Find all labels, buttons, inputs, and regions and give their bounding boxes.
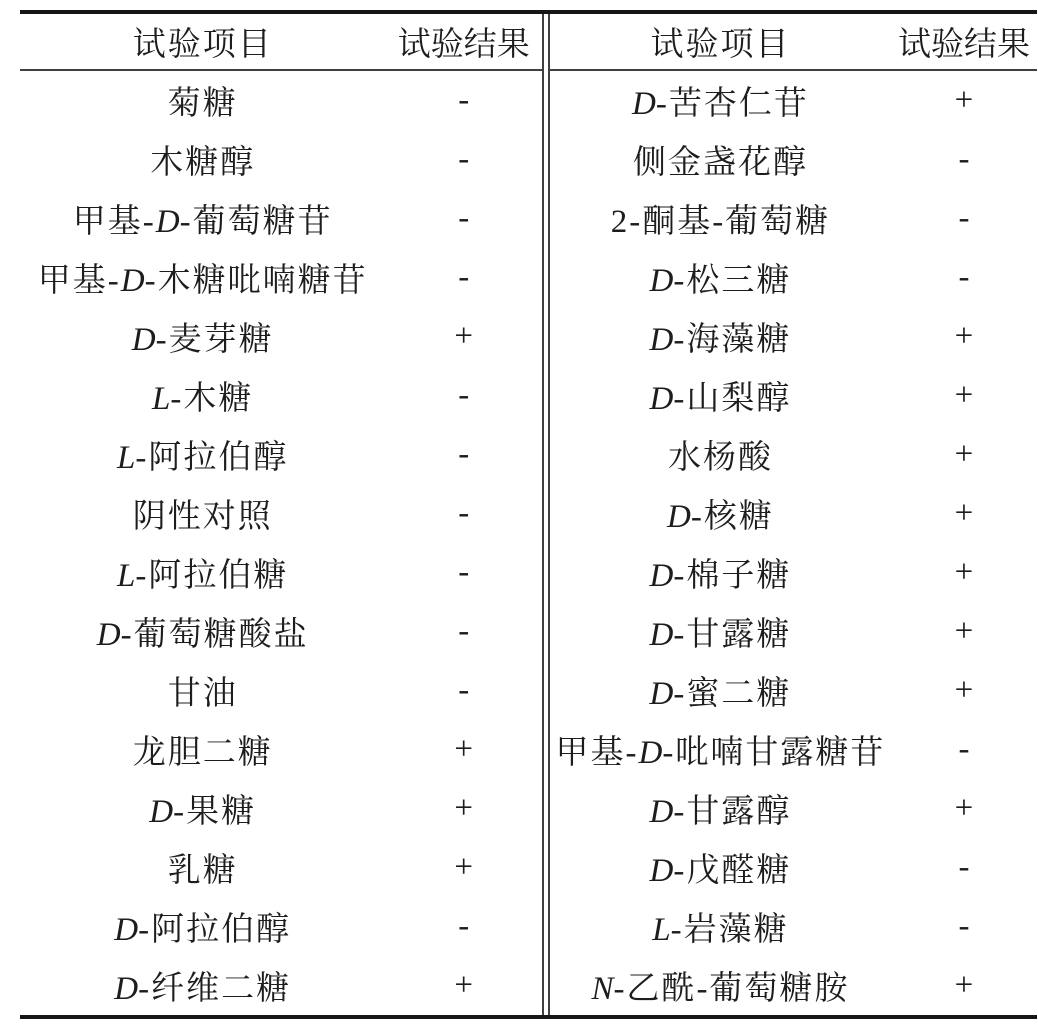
biochemical-test-table: 试验项目 试验结果 菊糖-木糖醇-甲基-D-葡萄糖苷-甲基-D-木糖吡喃糖苷-D… bbox=[20, 10, 1037, 1019]
test-result-cell: - bbox=[891, 259, 1037, 296]
test-item-cell: D-苦杏仁苷 bbox=[550, 77, 891, 124]
test-result-cell: + bbox=[385, 790, 542, 827]
italic-isomer-prefix: D bbox=[156, 204, 180, 240]
italic-isomer-prefix: D bbox=[132, 322, 156, 358]
table-row: 阴性对照- bbox=[20, 484, 542, 543]
italic-isomer-prefix: D bbox=[650, 676, 674, 712]
test-item-cell: 甲基-D-葡萄糖苷 bbox=[20, 195, 385, 242]
test-result-cell: + bbox=[891, 82, 1037, 119]
test-result-cell: + bbox=[891, 436, 1037, 473]
test-item-cell: D-阿拉伯醇 bbox=[20, 903, 385, 950]
item-text: -果糖 bbox=[173, 794, 256, 830]
item-text: -麦芽糖 bbox=[156, 322, 274, 358]
table-row: 龙胆二糖+ bbox=[20, 720, 542, 779]
test-result-cell: - bbox=[891, 200, 1037, 237]
item-text: -山梨醇 bbox=[673, 381, 791, 417]
italic-isomer-prefix: D bbox=[97, 617, 121, 653]
left-table: 试验项目 试验结果 菊糖-木糖醇-甲基-D-葡萄糖苷-甲基-D-木糖吡喃糖苷-D… bbox=[20, 14, 542, 1015]
table-row: 甲基-D-葡萄糖苷- bbox=[20, 189, 542, 248]
item-text: 木糖醇 bbox=[150, 145, 255, 181]
italic-isomer-prefix: D bbox=[650, 558, 674, 594]
item-text: -葡萄糖苷 bbox=[180, 204, 333, 240]
item-text: 2-酮基-葡萄糖 bbox=[611, 204, 830, 240]
italic-isomer-prefix: D bbox=[650, 794, 674, 830]
table-row: 乳糖+ bbox=[20, 838, 542, 897]
table-row: 甲基-D-木糖吡喃糖苷- bbox=[20, 248, 542, 307]
test-result-cell: - bbox=[385, 436, 542, 473]
table-row: 甲基-D-吡喃甘露糖苷- bbox=[550, 720, 1037, 779]
table-row: D-纤维二糖+ bbox=[20, 956, 542, 1015]
test-item-cell: L-阿拉伯醇 bbox=[20, 431, 385, 478]
italic-isomer-prefix: D bbox=[650, 263, 674, 299]
table-row: L-阿拉伯糖- bbox=[20, 543, 542, 602]
test-result-cell: - bbox=[891, 849, 1037, 886]
test-result-cell: - bbox=[891, 731, 1037, 768]
table-row: D-葡萄糖酸盐- bbox=[20, 602, 542, 661]
table-row: 2-酮基-葡萄糖- bbox=[550, 189, 1037, 248]
test-item-cell: D-海藻糖 bbox=[550, 313, 891, 360]
test-item-cell: D-核糖 bbox=[550, 490, 891, 537]
item-text: -阿拉伯醇 bbox=[135, 440, 288, 476]
right-table: 试验项目 试验结果 D-苦杏仁苷+侧金盏花醇-2-酮基-葡萄糖-D-松三糖-D-… bbox=[550, 14, 1037, 1015]
test-result-cell: + bbox=[891, 318, 1037, 355]
test-item-cell: 木糖醇 bbox=[20, 136, 385, 183]
test-result-cell: + bbox=[891, 672, 1037, 709]
table-row: D-果糖+ bbox=[20, 779, 542, 838]
table-row: D-戊醛糖- bbox=[550, 838, 1037, 897]
table-row: L-木糖- bbox=[20, 366, 542, 425]
test-item-cell: 甲基-D-吡喃甘露糖苷 bbox=[550, 726, 891, 773]
left-table-header-row: 试验项目 试验结果 bbox=[20, 14, 542, 71]
item-text: -核糖 bbox=[691, 499, 774, 535]
test-result-cell: + bbox=[385, 849, 542, 886]
italic-isomer-prefix: D bbox=[114, 971, 138, 1007]
test-item-cell: D-松三糖 bbox=[550, 254, 891, 301]
test-item-cell: 甲基-D-木糖吡喃糖苷 bbox=[20, 254, 385, 301]
test-result-cell: + bbox=[385, 318, 542, 355]
italic-isomer-prefix: L bbox=[652, 912, 670, 948]
italic-isomer-prefix: D bbox=[667, 499, 691, 535]
right-table-rows: D-苦杏仁苷+侧金盏花醇-2-酮基-葡萄糖-D-松三糖-D-海藻糖+D-山梨醇+… bbox=[550, 71, 1037, 1015]
test-result-cell: - bbox=[891, 141, 1037, 178]
table-row: D-海藻糖+ bbox=[550, 307, 1037, 366]
table-row: L-岩藻糖- bbox=[550, 897, 1037, 956]
italic-isomer-prefix: D bbox=[639, 735, 663, 771]
right-table-header-row: 试验项目 试验结果 bbox=[550, 14, 1037, 71]
item-text: -木糖 bbox=[170, 381, 253, 417]
column-header-test-result: 试验结果 bbox=[385, 18, 542, 65]
test-result-cell: + bbox=[385, 731, 542, 768]
item-text: -松三糖 bbox=[673, 263, 791, 299]
table-row: D-松三糖- bbox=[550, 248, 1037, 307]
item-text: -棉子糖 bbox=[673, 558, 791, 594]
item-text: -木糖吡喃糖苷 bbox=[145, 263, 368, 299]
test-result-cell: + bbox=[891, 377, 1037, 414]
test-item-cell: D-葡萄糖酸盐 bbox=[20, 608, 385, 655]
table-row: D-蜜二糖+ bbox=[550, 661, 1037, 720]
italic-isomer-prefix: D bbox=[650, 853, 674, 889]
test-item-cell: D-甘露糖 bbox=[550, 608, 891, 655]
table-row: 侧金盏花醇- bbox=[550, 130, 1037, 189]
italic-isomer-prefix: L bbox=[117, 558, 135, 594]
test-result-cell: - bbox=[385, 200, 542, 237]
test-result-cell: + bbox=[385, 967, 542, 1004]
test-result-cell: - bbox=[385, 141, 542, 178]
test-item-cell: N-乙酰-葡萄糖胺 bbox=[550, 962, 891, 1009]
test-item-cell: 阴性对照 bbox=[20, 490, 385, 537]
item-text: -甘露糖 bbox=[673, 617, 791, 653]
test-item-cell: L-岩藻糖 bbox=[550, 903, 891, 950]
table-row: D-山梨醇+ bbox=[550, 366, 1037, 425]
test-item-cell: L-木糖 bbox=[20, 372, 385, 419]
table-row: D-甘露糖+ bbox=[550, 602, 1037, 661]
item-text: 乳糖 bbox=[168, 853, 238, 889]
table-row: D-核糖+ bbox=[550, 484, 1037, 543]
item-text: 甲基- bbox=[556, 735, 639, 771]
test-item-cell: 侧金盏花醇 bbox=[550, 136, 891, 183]
table-row: 木糖醇- bbox=[20, 130, 542, 189]
left-table-rows: 菊糖-木糖醇-甲基-D-葡萄糖苷-甲基-D-木糖吡喃糖苷-D-麦芽糖+L-木糖-… bbox=[20, 71, 542, 1015]
item-text: -蜜二糖 bbox=[673, 676, 791, 712]
test-result-cell: - bbox=[385, 613, 542, 650]
column-header-test-item: 试验项目 bbox=[20, 18, 385, 65]
test-result-cell: + bbox=[891, 554, 1037, 591]
table-row: L-阿拉伯醇- bbox=[20, 425, 542, 484]
item-text: -海藻糖 bbox=[673, 322, 791, 358]
item-text: 阴性对照 bbox=[133, 499, 273, 535]
italic-isomer-prefix: D bbox=[114, 912, 138, 948]
test-item-cell: 水杨酸 bbox=[550, 431, 891, 478]
test-item-cell: 甘油 bbox=[20, 667, 385, 714]
item-text: -纤维二糖 bbox=[138, 971, 291, 1007]
table-row: 水杨酸+ bbox=[550, 425, 1037, 484]
test-result-cell: - bbox=[385, 495, 542, 532]
test-item-cell: D-蜜二糖 bbox=[550, 667, 891, 714]
test-result-cell: - bbox=[385, 554, 542, 591]
item-text: -葡萄糖酸盐 bbox=[121, 617, 309, 653]
table-row: D-阿拉伯醇- bbox=[20, 897, 542, 956]
test-result-cell: + bbox=[891, 495, 1037, 532]
italic-isomer-prefix: D bbox=[121, 263, 145, 299]
item-text: -吡喃甘露糖苷 bbox=[662, 735, 885, 771]
test-item-cell: D-甘露醇 bbox=[550, 785, 891, 832]
test-item-cell: D-果糖 bbox=[20, 785, 385, 832]
item-text: -苦杏仁苷 bbox=[656, 86, 809, 122]
italic-isomer-prefix: D bbox=[632, 86, 656, 122]
test-result-cell: + bbox=[891, 790, 1037, 827]
test-result-cell: - bbox=[385, 259, 542, 296]
italic-isomer-prefix: D bbox=[650, 617, 674, 653]
test-item-cell: 龙胆二糖 bbox=[20, 726, 385, 773]
test-result-cell: - bbox=[385, 672, 542, 709]
table-row: 甘油- bbox=[20, 661, 542, 720]
test-item-cell: D-棉子糖 bbox=[550, 549, 891, 596]
italic-isomer-prefix: D bbox=[650, 381, 674, 417]
test-item-cell: L-阿拉伯糖 bbox=[20, 549, 385, 596]
test-result-cell: + bbox=[891, 967, 1037, 1004]
test-item-cell: D-纤维二糖 bbox=[20, 962, 385, 1009]
italic-isomer-prefix: N bbox=[591, 971, 613, 1007]
item-text: -甘露醇 bbox=[673, 794, 791, 830]
item-text: -岩藻糖 bbox=[671, 912, 789, 948]
italic-isomer-prefix: D bbox=[149, 794, 173, 830]
test-item-cell: 菊糖 bbox=[20, 77, 385, 124]
item-text: -阿拉伯糖 bbox=[135, 558, 288, 594]
item-text: 甲基- bbox=[73, 204, 156, 240]
item-text: -乙酰-葡萄糖胺 bbox=[613, 971, 849, 1007]
item-text: 甘油 bbox=[168, 676, 238, 712]
test-result-cell: + bbox=[891, 613, 1037, 650]
test-item-cell: D-山梨醇 bbox=[550, 372, 891, 419]
item-text: 龙胆二糖 bbox=[133, 735, 273, 771]
test-item-cell: 乳糖 bbox=[20, 844, 385, 891]
test-item-cell: D-麦芽糖 bbox=[20, 313, 385, 360]
table-row: D-苦杏仁苷+ bbox=[550, 71, 1037, 130]
item-text: 菊糖 bbox=[168, 86, 238, 122]
test-result-cell: - bbox=[385, 82, 542, 119]
test-result-cell: - bbox=[891, 908, 1037, 945]
item-text: 甲基- bbox=[38, 263, 121, 299]
table-row: D-甘露醇+ bbox=[550, 779, 1037, 838]
table-row: N-乙酰-葡萄糖胺+ bbox=[550, 956, 1037, 1015]
test-item-cell: D-戊醛糖 bbox=[550, 844, 891, 891]
double-rule-divider bbox=[542, 14, 550, 1015]
item-text: 侧金盏花醇 bbox=[633, 145, 808, 181]
table-row: 菊糖- bbox=[20, 71, 542, 130]
test-result-cell: - bbox=[385, 908, 542, 945]
item-text: -戊醛糖 bbox=[673, 853, 791, 889]
test-result-cell: - bbox=[385, 377, 542, 414]
item-text: -阿拉伯醇 bbox=[138, 912, 291, 948]
italic-isomer-prefix: L bbox=[117, 440, 135, 476]
column-header-test-result: 试验结果 bbox=[891, 18, 1037, 65]
item-text: 水杨酸 bbox=[668, 440, 773, 476]
test-item-cell: 2-酮基-葡萄糖 bbox=[550, 195, 891, 242]
column-header-test-item: 试验项目 bbox=[550, 18, 891, 65]
table-row: D-棉子糖+ bbox=[550, 543, 1037, 602]
table-row: D-麦芽糖+ bbox=[20, 307, 542, 366]
italic-isomer-prefix: D bbox=[650, 322, 674, 358]
italic-isomer-prefix: L bbox=[152, 381, 170, 417]
